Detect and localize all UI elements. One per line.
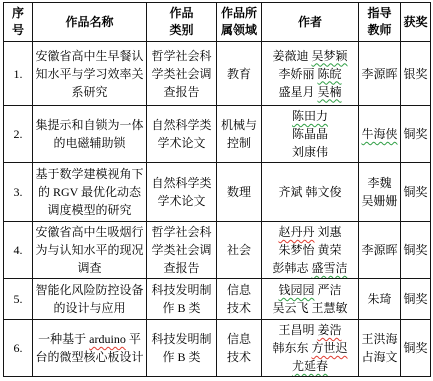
header-line: 获奖 <box>402 14 429 31</box>
header-teachers: 指导 教师 <box>359 3 401 42</box>
cell-authors: 王昌明 姜浩 韩东东 方世迟 尤延春 <box>262 320 359 377</box>
cell-award: 铜奖 <box>401 320 431 377</box>
header-award: 获奖 <box>401 3 431 42</box>
author-line: 赵丹丹 刘惠 <box>264 223 356 241</box>
author: 齐斌 <box>278 185 302 199</box>
cell-no: 1. <box>4 42 33 106</box>
author-line: 吴云飞 王慧敏 <box>264 299 356 317</box>
field-line: 教育 <box>219 65 259 83</box>
table-row: 5. 智能化风险防控设备的设计与应用 科技发明制作 B 类 信息 技术 钱园园 … <box>4 279 431 320</box>
author-line: 彭韩志 盛雪洁 <box>264 259 356 277</box>
author: 吴梦颖 <box>312 49 348 63</box>
cell-authors: 赵丹丹 刘惠 朱梦怡 黄荣 彭韩志 盛雪洁 <box>262 222 359 279</box>
table-row: 6. 一种基于 arduino 平台的微型核心板设计 科技发明制作 B 类 信息… <box>4 320 431 377</box>
author-line: 刘康伟 <box>264 143 356 161</box>
awards-table: 序 号 作品名称 作品 类别 作品所 属领域 作者 指导 教师 获奖 <box>3 2 431 377</box>
header-line: 作品 <box>148 5 215 22</box>
header-line: 指导 <box>360 5 399 22</box>
teacher: 李源晖 <box>361 241 398 259</box>
cell-title: 基于数学建模视角下的 RGV 最优化动态调度模型的研究 <box>33 163 147 222</box>
cell-authors: 钱园园 严洁 吴云飞 王慧敏 <box>262 279 359 320</box>
author: 盛星月 <box>278 85 314 99</box>
header-line: 教师 <box>360 22 399 39</box>
cell-title: 安徽省高中生吸烟行为与认知水平的现况调查 <box>33 222 147 279</box>
author: 方世迟 <box>312 341 348 355</box>
cell-award: 铜奖 <box>401 222 431 279</box>
table-row: 2. 集提示和自锁为一体的电磁辅助锁 自然科学类学术论文 机械与 控制 陈田力 … <box>4 106 431 163</box>
header-serial: 序 号 <box>4 3 33 42</box>
header-field: 作品所 属领域 <box>217 3 262 42</box>
cell-teachers: 李源晖 <box>359 42 401 106</box>
teacher: 占海文 <box>361 348 398 366</box>
teacher: 王洪海 <box>361 330 398 348</box>
cell-teachers: 牛海侠 <box>359 106 401 163</box>
teacher: 李源晖 <box>361 65 398 83</box>
cell-no: 4. <box>4 222 33 279</box>
author: 韩东东 <box>272 341 308 355</box>
cell-field: 社会 <box>217 222 262 279</box>
author: 钱园园 <box>278 283 314 297</box>
header-line: 号 <box>5 22 31 39</box>
author: 盛雪洁 <box>312 261 348 275</box>
author-line: 韩东东 方世迟 <box>264 339 356 357</box>
author-line: 姜薇迪 吴梦颖 <box>264 47 356 65</box>
author: 韩文俊 <box>306 185 342 199</box>
cell-category: 哲学社会科学类社会调查报告 <box>147 42 217 106</box>
author: 姜薇迪 <box>272 49 308 63</box>
cell-no: 2. <box>4 106 33 163</box>
cell-field: 机械与 控制 <box>217 106 262 163</box>
cell-category: 科技发明制作 B 类 <box>147 279 217 320</box>
header-title: 作品名称 <box>33 3 147 42</box>
author: 尤延春 <box>292 359 328 373</box>
cell-authors: 陈田力 陈晶晶 刘康伟 <box>262 106 359 163</box>
author-line: 李娇丽 陈皖 <box>264 65 356 83</box>
field-line: 控制 <box>219 134 259 152</box>
cell-category: 哲学社会科学类社会调查报告 <box>147 222 217 279</box>
header-line: 作者 <box>263 14 357 31</box>
author-line: 陈晶晶 <box>264 125 356 143</box>
cell-authors: 齐斌 韩文俊 <box>262 163 359 222</box>
author: 陈田力 <box>292 109 328 123</box>
author-line: 朱梦怡 黄荣 <box>264 241 356 259</box>
author: 姜浩 <box>318 323 342 337</box>
author: 吴楠 <box>318 85 342 99</box>
cell-teachers: 李魏 吴姗姗 <box>359 163 401 222</box>
header-line: 作品所 <box>218 5 260 22</box>
field-line: 社会 <box>219 241 259 259</box>
author: 陈皖 <box>318 67 342 81</box>
author-line: 陈田力 <box>264 107 356 125</box>
cell-title: 一种基于 arduino 平台的微型核心板设计 <box>33 320 147 377</box>
field-line: 技术 <box>219 299 259 317</box>
cell-field: 数理 <box>217 163 262 222</box>
author: 王慧敏 <box>312 301 348 315</box>
field-line: 信息 <box>219 330 259 348</box>
cell-title: 智能化风险防控设备的设计与应用 <box>33 279 147 320</box>
teacher: 朱琦 <box>361 290 398 308</box>
cell-no: 3. <box>4 163 33 222</box>
field-line: 技术 <box>219 348 259 366</box>
author: 朱梦怡 <box>278 243 314 257</box>
cell-field: 教育 <box>217 42 262 106</box>
author: 彭韩志 <box>272 261 308 275</box>
author: 刘惠 <box>318 225 342 239</box>
author: 刘康伟 <box>292 145 328 159</box>
header-row: 序 号 作品名称 作品 类别 作品所 属领域 作者 指导 教师 获奖 <box>4 3 431 42</box>
author-line: 尤延春 <box>264 357 356 375</box>
cell-no: 6. <box>4 320 33 377</box>
header-line: 序 <box>5 5 31 22</box>
cell-no: 5. <box>4 279 33 320</box>
teacher: 牛海侠 <box>361 125 398 143</box>
cell-category: 自然科学类学术论文 <box>147 106 217 163</box>
header-category: 作品 类别 <box>147 3 217 42</box>
author: 李娇丽 <box>278 67 314 81</box>
author: 赵丹丹 <box>278 225 314 239</box>
author-line: 王昌明 姜浩 <box>264 321 356 339</box>
teacher: 李魏 <box>361 174 398 192</box>
cell-award: 铜奖 <box>401 106 431 163</box>
table-row: 3. 基于数学建模视角下的 RGV 最优化动态调度模型的研究 自然科学类学术论文… <box>4 163 431 222</box>
cell-field: 信息 技术 <box>217 279 262 320</box>
cell-category: 自然科学类学术论文 <box>147 163 217 222</box>
field-line: 数理 <box>219 183 259 201</box>
cell-teachers: 朱琦 <box>359 279 401 320</box>
author-line: 盛星月 吴楠 <box>264 83 356 101</box>
author: 吴云飞 <box>272 301 308 315</box>
table-row: 1. 安徽省高中生早餐认知水平与学习效率关系研究 哲学社会科学类社会调查报告 教… <box>4 42 431 106</box>
cell-title: 安徽省高中生早餐认知水平与学习效率关系研究 <box>33 42 147 106</box>
cell-authors: 姜薇迪 吴梦颖 李娇丽 陈皖 盛星月 吴楠 <box>262 42 359 106</box>
author: 陈晶晶 <box>292 127 328 141</box>
cell-field: 信息 技术 <box>217 320 262 377</box>
teacher: 吴姗姗 <box>361 192 398 210</box>
field-line: 机械与 <box>219 116 259 134</box>
cell-award: 银奖 <box>401 42 431 106</box>
cell-category: 科技发明制作 B 类 <box>147 320 217 377</box>
author: 黄荣 <box>318 243 342 257</box>
author-line: 齐斌 韩文俊 <box>264 183 356 201</box>
table-row: 4. 安徽省高中生吸烟行为与认知水平的现况调查 哲学社会科学类社会调查报告 社会… <box>4 222 431 279</box>
title-part-arduino: arduino <box>89 332 126 346</box>
cell-award: 铜奖 <box>401 279 431 320</box>
field-line: 信息 <box>219 281 259 299</box>
title-part: 一种基于 <box>38 332 89 346</box>
cell-award: 铜奖 <box>401 163 431 222</box>
author: 严洁 <box>318 283 342 297</box>
cell-teachers: 王洪海 占海文 <box>359 320 401 377</box>
header-line: 类别 <box>148 22 215 39</box>
author: 王昌明 <box>278 323 314 337</box>
cell-teachers: 李源晖 <box>359 222 401 279</box>
header-line: 作品名称 <box>34 14 145 31</box>
cell-title: 集提示和自锁为一体的电磁辅助锁 <box>33 106 147 163</box>
header-line: 属领域 <box>218 22 260 39</box>
author-line: 钱园园 严洁 <box>264 281 356 299</box>
header-authors: 作者 <box>262 3 359 42</box>
